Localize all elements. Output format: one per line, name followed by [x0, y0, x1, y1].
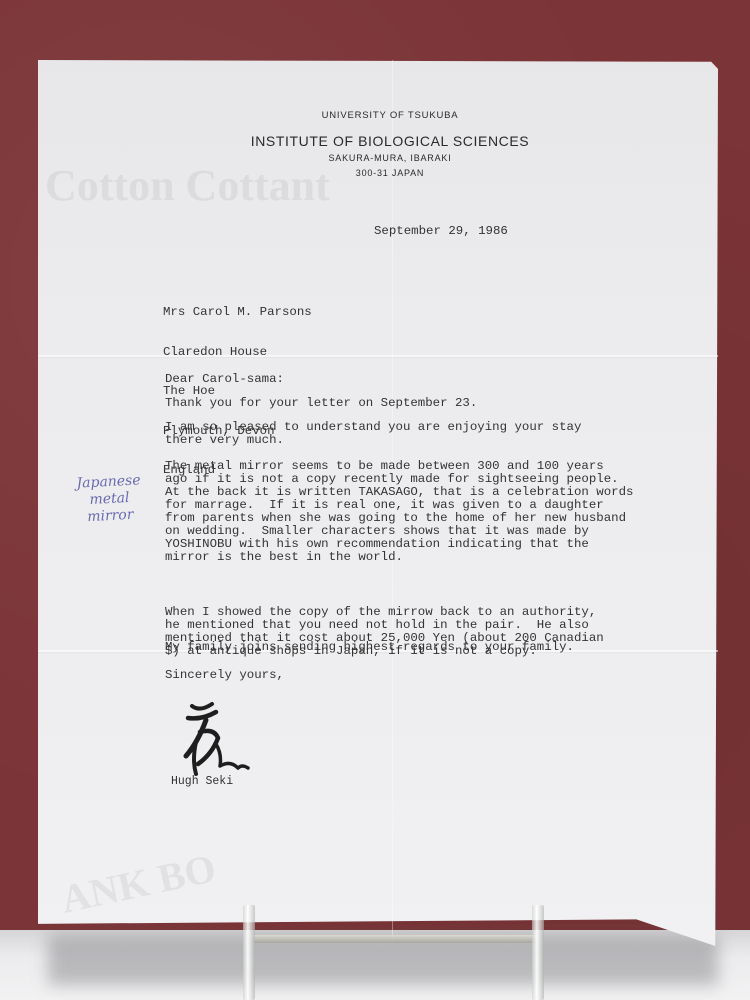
- paragraph-stay: I am so pleased to understand you are en…: [165, 421, 581, 447]
- display-stand-leg: [532, 905, 544, 1000]
- brush-signature-icon: [178, 698, 250, 778]
- letterhead-postcode: 300-31 JAPAN: [230, 168, 550, 178]
- signatory-name: Hugh Seki: [171, 775, 233, 788]
- salutation: Dear Carol-sama:: [165, 373, 284, 386]
- address-line: Claredon House: [163, 346, 312, 360]
- display-stand-leg: [243, 905, 255, 1000]
- letterhead-university: UNIVERSITY OF TSUKUBA: [230, 110, 550, 121]
- letterhead-institute: INSTITUTE OF BIOLOGICAL SCIENCES: [220, 133, 560, 149]
- letter-date: September 29, 1986: [374, 225, 508, 238]
- letterhead-location: SAKURA-MURA, IBARAKI: [230, 153, 550, 163]
- paper-fold-horizontal: [38, 355, 718, 357]
- paragraph-mirror: The metal mirror seems to be made betwee…: [165, 460, 633, 564]
- address-line: Mrs Carol M. Parsons: [163, 306, 312, 320]
- closing: Sincerely yours,: [165, 669, 284, 682]
- display-stand-bar: [252, 935, 537, 943]
- handwritten-note: Japanese metal mirror: [61, 472, 159, 528]
- paragraph-thanks: Thank you for your letter on September 2…: [165, 397, 477, 410]
- paragraph-regards: My family joins sending highest regards …: [165, 641, 574, 654]
